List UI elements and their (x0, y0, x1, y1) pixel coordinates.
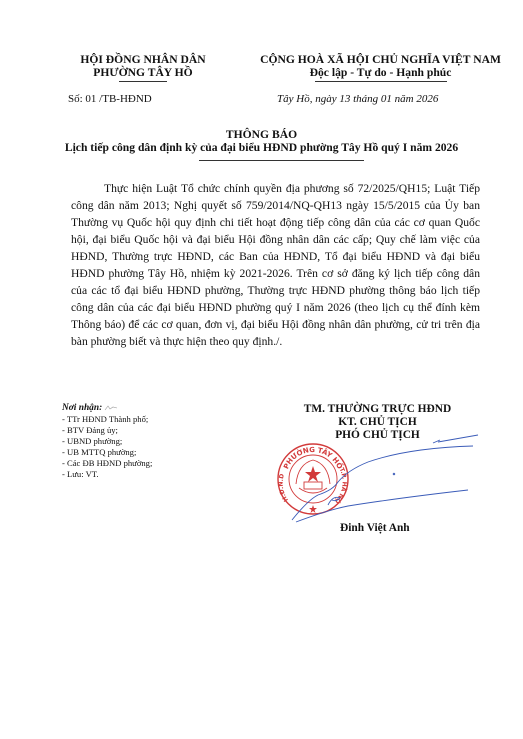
title-underline (199, 160, 364, 161)
motto-slogan: Độc lập - Tự do - Hạnh phúc (238, 66, 523, 79)
recipient-item: - TTr HĐND Thành phố; (62, 414, 152, 425)
recipient-item: - UB MTTQ phường; (62, 447, 152, 458)
agency-name: HỘI ĐỒNG NHÂN DÂN (58, 53, 228, 66)
signature-authority: TM. THƯỜNG TRỰC HĐND (270, 403, 485, 416)
recipients-heading: Nơi nhận: (62, 403, 102, 413)
recipient-item: - BTV Đảng ủy; (62, 425, 152, 436)
body-paragraph: Thực hiện Luật Tổ chức chính quyền địa p… (71, 180, 480, 350)
document-page: HỘI ĐỒNG NHÂN DÂN PHƯỜNG TÂY HỒ CỘNG HOÀ… (0, 0, 523, 739)
motto-underline (315, 81, 447, 82)
agency-ward: PHƯỜNG TÂY HỒ (58, 66, 228, 79)
initials-scribble-icon (104, 405, 118, 411)
agency-underline (119, 81, 167, 82)
document-subject: Lịch tiếp công dân định kỳ của đại biểu … (0, 141, 523, 154)
country-name: CỘNG HOÀ XÃ HỘI CHỦ NGHĨA VIỆT NAM (238, 53, 523, 66)
place-date: Tây Hồ, ngày 13 tháng 01 năm 2026 (277, 93, 438, 105)
recipient-item: - Lưu: VT. (62, 469, 152, 480)
national-motto: CỘNG HOÀ XÃ HỘI CHỦ NGHĨA VIỆT NAM Độc l… (238, 53, 523, 82)
issuing-agency: HỘI ĐỒNG NHÂN DÂN PHƯỜNG TÂY HỒ (58, 53, 228, 82)
signer-name: Đinh Việt Anh (340, 522, 410, 534)
recipient-item: - UBND phường; (62, 436, 152, 447)
signature-on-behalf: KT. CHỦ TỊCH (270, 416, 485, 429)
recipient-item: - Các ĐB HĐND phường; (62, 458, 152, 469)
document-number: Số: 01 /TB-HĐND (68, 93, 152, 105)
recipients-block: Nơi nhận: - TTr HĐND Thành phố; - BTV Đả… (62, 402, 152, 480)
handwritten-signature-icon (288, 430, 488, 530)
document-type: THÔNG BÁO (0, 128, 523, 141)
